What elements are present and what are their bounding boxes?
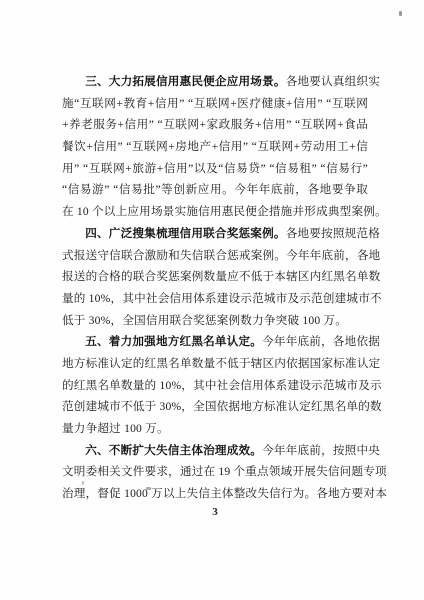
scan-speck: [82, 481, 84, 485]
body-text-line: 报送的合格的联合奖惩案例数量应不低于本辖区内红黑名单数: [62, 266, 368, 288]
section-heading: 三、大力拓展信用惠民便企应用场景。: [85, 75, 286, 88]
body-text-line: 量力争超过 100 万。: [62, 418, 368, 440]
paragraph-section-4: 四、广泛搜集梳理信用联合奖惩案例。各地要按照规范格 式报送守信联合激励和失信联合…: [62, 223, 368, 331]
scan-speck: [399, 11, 402, 16]
paragraph-lead-line: 五、着力加强地方红黑名单认定。今年年底前，各地依据: [62, 331, 368, 353]
section-heading: 六、不断扩大失信主体治理成效。: [85, 444, 262, 457]
paragraph-lead-line: 四、广泛搜集梳理信用联合奖惩案例。各地要按照规范格: [62, 223, 368, 245]
paragraph-lead-line: 三、大力拓展信用惠民便企应用场景。各地要认真组织实: [62, 71, 368, 93]
section-heading: 五、着力加强地方红黑名单认定。: [85, 335, 262, 348]
scan-speck: [146, 487, 151, 490]
paragraph-section-6: 六、不断扩大失信主体治理成效。今年年底前，按照中央 文明委相关文件要求，通过在 …: [62, 440, 368, 505]
body-text-line: 的红黑名单数量的 10%，其中社会信用体系建设示范城市及示: [62, 375, 368, 397]
document-page: 三、大力拓展信用惠民便企应用场景。各地要认真组织实 施“互联网+教育+信用” “…: [0, 0, 424, 600]
body-text-line: 餐饮+信用” “互联网+房地产+信用” “互联网+劳动用工+信: [62, 136, 368, 158]
body-text-line: 范创建城市不低于 30%，全国依据地方标准认定红黑名单的数: [62, 396, 368, 418]
body-text-line: +养老服务+信用” “互联网+家政服务+信用” “互联网+食品: [62, 114, 368, 136]
body-text-line: 在 10 个以上应用场景实施信用惠民便企措施并形成典型案例。: [62, 201, 368, 223]
paragraph-lead-line: 六、不断扩大失信主体治理成效。今年年底前，按照中央: [62, 440, 368, 462]
body-text-line: 施“互联网+教育+信用” “互联网+医疗健康+信用” “互联网: [62, 93, 368, 115]
body-text-line: 文明委相关文件要求，通过在 19 个重点领域开展失信问题专项: [62, 461, 368, 483]
paragraph-section-5: 五、着力加强地方红黑名单认定。今年年底前，各地依据 地方标准认定的红黑名单数量不…: [62, 331, 368, 439]
body-text-line: “信易游” “信易批”等创新应用。今年年底前，各地要争取: [62, 179, 368, 201]
body-text: 各地要认真组织实: [286, 75, 380, 88]
section-heading: 四、广泛搜集梳理信用联合奖惩案例。: [85, 227, 286, 240]
body-text: 今年年底前，按照中央: [262, 444, 380, 457]
body-text-line: 地方标准认定的红黑名单数量不低于辖区内依据国家标准认定: [62, 353, 368, 375]
body-text: 各地要按照规范格: [286, 227, 380, 240]
body-text-line: 量的 10%，其中社会信用体系建设示范城市及示范创建城市不: [62, 288, 368, 310]
body-text-line: 式报送守信联合激励和失信联合惩戒案例。今年年底前，各地: [62, 245, 368, 267]
body-text-line: 治理，督促 1000 万以上失信主体整改失信行为。各地方要对本: [62, 483, 368, 505]
body-text: 今年年底前，各地依据: [262, 335, 380, 348]
document-body: 三、大力拓展信用惠民便企应用场景。各地要认真组织实 施“互联网+教育+信用” “…: [62, 71, 368, 505]
page-number: 3: [62, 506, 368, 518]
body-text-line: 用” “互联网+旅游+信用”以及“信易贷” “信易租” “信易行”: [62, 158, 368, 180]
paragraph-section-3: 三、大力拓展信用惠民便企应用场景。各地要认真组织实 施“互联网+教育+信用” “…: [62, 71, 368, 223]
body-text-line: 低于 30%，全国信用联合奖惩案例数力争突破 100 万。: [62, 310, 368, 332]
